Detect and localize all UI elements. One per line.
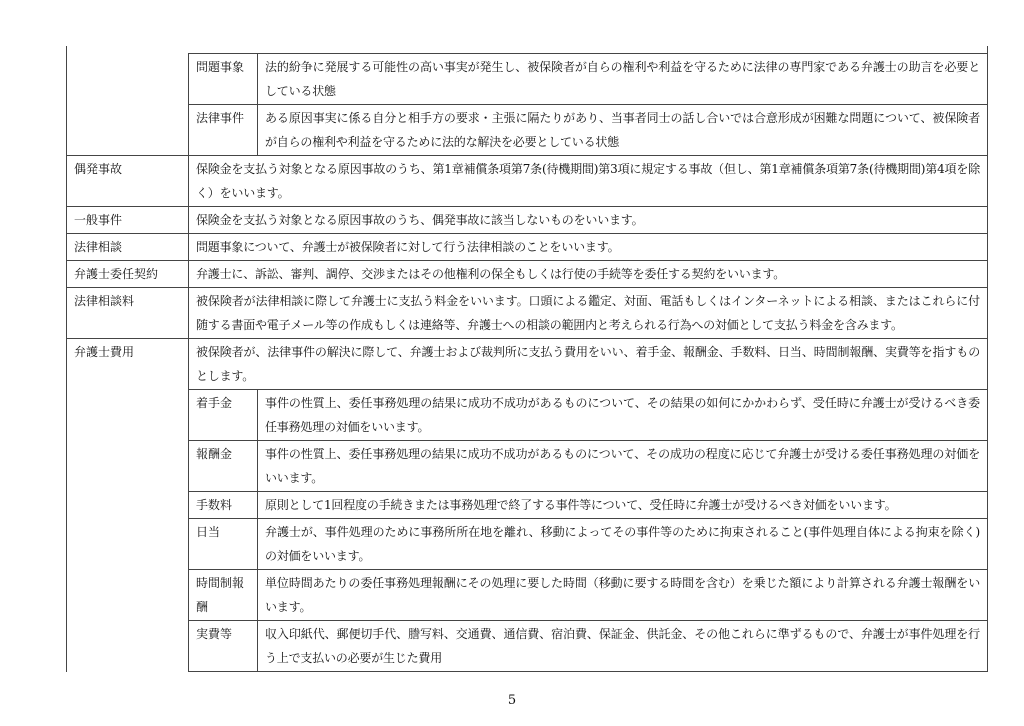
definition-cell: 弁護士が、事件処理のために事務所所在地を離れ、移動によってその事件等のために拘束… (258, 519, 987, 569)
definition-cell: 弁護士に、訴訟、審判、調停、交渉またはその他権利の保全もしくは行使の手続等を委任… (189, 261, 987, 287)
term-cell: 偶発事故 (67, 156, 189, 206)
definition-cell: 被保険者が法律相談に際して弁護士に支払う料金をいいます。口頭による鑑定、対面、電… (189, 288, 987, 338)
table-row: 日当 弁護士が、事件処理のために事務所所在地を離れ、移動によってその事件等のため… (189, 518, 987, 569)
term-cell: 報酬金 (189, 441, 258, 491)
definition-cell: 保険金を支払う対象となる原因事故のうち、第1章補償条項第7条(待機期間)第3項に… (189, 156, 987, 206)
document-page: 問題事象 法的紛争に発展する可能性の高い事実が発生し、被保険者が自らの権利や利益… (0, 0, 1024, 726)
term-cell: 法律事件 (189, 105, 258, 155)
definition-cell: ある原因事実に係る自分と相手方の要求・主張に隔たりがあり、当事者同士の話し合いで… (258, 105, 987, 155)
term-cell: 時間制報酬 (189, 570, 258, 620)
definition-cell: 事件の性質上、委任事務処理の結果に成功不成功があるものについて、その成功の程度に… (258, 441, 987, 491)
table-row: 着手金 事件の性質上、委任事務処理の結果に成功不成功があるものについて、その結果… (189, 389, 987, 440)
definition-cell: 問題事象について、弁護士が被保険者に対して行う法律相談のことをいいます。 (189, 234, 987, 260)
definition-cell: 単位時間あたりの委任事務処理報酬にその処理に要した時間（移動に要する時間を含む）… (258, 570, 987, 620)
term-cell: 手数料 (189, 492, 258, 518)
nested-rows: 被保険者が、法律事件の解決に際して、弁護士および裁判所に支払う費用をいい、着手金… (189, 339, 987, 672)
term-cell: 実費等 (189, 621, 258, 671)
table-row-lawyer-fee: 弁護士費用 被保険者が、法律事件の解決に際して、弁護士および裁判所に支払う費用を… (67, 338, 987, 672)
outer-term-cell-empty (67, 53, 189, 155)
page-number: 5 (0, 689, 1024, 713)
term-cell: 法律相談 (67, 234, 189, 260)
table-row: 時間制報酬 単位時間あたりの委任事務処理報酬にその処理に要した時間（移動に要する… (189, 569, 987, 620)
definition-cell: 収入印紙代、郵便切手代、謄写料、交通費、通信費、宿泊費、保証金、供託金、その他こ… (258, 621, 987, 671)
term-cell: 日当 (189, 519, 258, 569)
table-row: 問題事象 法的紛争に発展する可能性の高い事実が発生し、被保険者が自らの権利や利益… (189, 54, 987, 104)
nested-rows: 問題事象 法的紛争に発展する可能性の高い事実が発生し、被保険者が自らの権利や利益… (189, 53, 987, 155)
definition-cell: 被保険者が、法律事件の解決に際して、弁護士および裁判所に支払う費用をいい、着手金… (189, 339, 987, 389)
table-row: 実費等 収入印紙代、郵便切手代、謄写料、交通費、通信費、宿泊費、保証金、供託金、… (189, 620, 987, 671)
term-cell: 着手金 (189, 390, 258, 440)
table-row: 報酬金 事件の性質上、委任事務処理の結果に成功不成功があるものについて、その成功… (189, 440, 987, 491)
table-row: 法律相談 問題事象について、弁護士が被保険者に対して行う法律相談のことをいいます… (67, 233, 987, 260)
definition-cell: 事件の性質上、委任事務処理の結果に成功不成功があるものについて、その結果の如何に… (258, 390, 987, 440)
definition-cell: 原則として1回程度の手続きまたは事務処理で終了する事件等について、受任時に弁護士… (258, 492, 987, 518)
term-cell: 法律相談料 (67, 288, 189, 338)
definition-cell: 保険金を支払う対象となる原因事故のうち、偶発事故に該当しないものをいいます。 (189, 207, 987, 233)
glossary-table: 問題事象 法的紛争に発展する可能性の高い事実が発生し、被保険者が自らの権利や利益… (66, 46, 988, 672)
term-cell: 弁護士費用 (67, 339, 189, 672)
term-cell: 一般事件 (67, 207, 189, 233)
definition-cell: 法的紛争に発展する可能性の高い事実が発生し、被保険者が自らの権利や利益を守るため… (258, 54, 987, 104)
table-row: 法律事件 ある原因事実に係る自分と相手方の要求・主張に隔たりがあり、当事者同士の… (189, 104, 987, 155)
term-cell: 弁護士委任契約 (67, 261, 189, 287)
table-row: 弁護士委任契約 弁護士に、訴訟、審判、調停、交渉またはその他権利の保全もしくは行… (67, 260, 987, 287)
table-row-continuation: 問題事象 法的紛争に発展する可能性の高い事実が発生し、被保険者が自らの権利や利益… (67, 53, 987, 155)
term-cell: 問題事象 (189, 54, 258, 104)
table-row: 偶発事故 保険金を支払う対象となる原因事故のうち、第1章補償条項第7条(待機期間… (67, 155, 987, 206)
table-row: 一般事件 保険金を支払う対象となる原因事故のうち、偶発事故に該当しないものをいい… (67, 206, 987, 233)
table-row: 法律相談料 被保険者が法律相談に際して弁護士に支払う料金をいいます。口頭による鑑… (67, 287, 987, 338)
table-row: 手数料 原則として1回程度の手続きまたは事務処理で終了する事件等について、受任時… (189, 491, 987, 518)
